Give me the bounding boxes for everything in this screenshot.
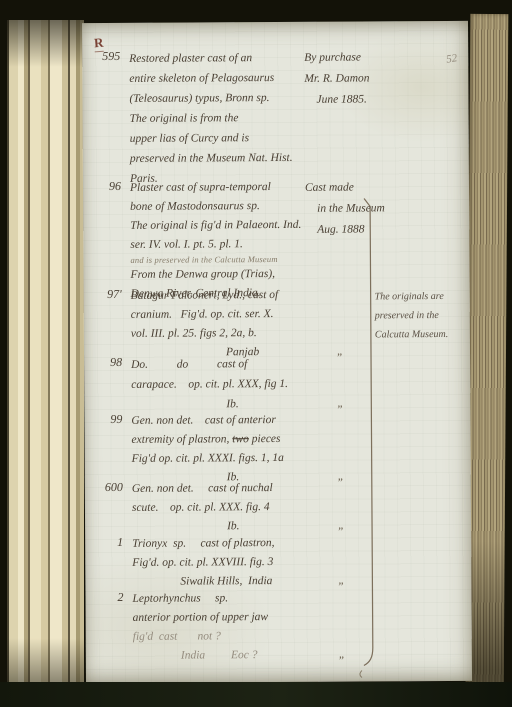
- text-segment: Batagur Falconeri, Lyd., cast of: [131, 289, 279, 302]
- entry-line: fig'd cast not ?: [133, 626, 464, 647]
- acquisition-line: June 1885.: [316, 89, 444, 111]
- entry-line: Do. do cast of: [131, 353, 462, 375]
- acquisition-line: Cast made: [305, 177, 445, 199]
- entry-line: Fig'd. op. cit. pl. XXVIII. fig. 3: [132, 552, 463, 573]
- entry-description: Leptorhynchus sp.anterior portion of upp…: [132, 588, 463, 666]
- text-segment: Gen. non det. cast of anterior: [131, 414, 275, 427]
- entry-number: 595: [88, 49, 120, 64]
- acquisition-line: Mr. R. Damon: [304, 68, 444, 90]
- text-segment: The original is from the: [130, 112, 239, 125]
- entry-description: Gen. non det. cast of anteriorextremity …: [131, 410, 462, 488]
- text-segment: From the Denwa group (Trias),: [130, 268, 275, 281]
- acquisition-line: By purchase: [304, 47, 444, 69]
- book-fore-edge: [466, 14, 509, 690]
- entry-line: scute. op. cit. pl. XXX. fig. 4: [132, 497, 463, 518]
- text-segment: Plaster cast of supra-temporal: [130, 181, 271, 194]
- entry-line: extremity of plastron, two pieces: [131, 429, 462, 450]
- acquisition-line: in the Museum: [317, 198, 445, 220]
- entry-line: Leptorhynchus sp.: [132, 588, 463, 609]
- text-segment: cranium. Fig'd. op. cit. ser. X.: [131, 308, 274, 321]
- text-segment: fig'd cast not ?: [133, 630, 221, 643]
- register-entry: 600Gen. non det. cast of nuchalscute. op…: [91, 478, 463, 537]
- margin-note-line: preserved in the: [375, 306, 470, 326]
- text-segment: Restored plaster cast of an: [129, 52, 252, 65]
- entry-description: Do. do cast ofcarapace. op. cit. pl. XXX…: [131, 353, 462, 415]
- entry-line: Gen. non det. cast of nuchal: [132, 478, 463, 499]
- text-segment: and is preserved in the Calcutta Museum: [130, 254, 277, 265]
- text-segment: pieces: [249, 433, 281, 445]
- entry-description: Gen. non det. cast of nuchalscute. op. c…: [132, 478, 463, 537]
- margin-note: The originals arepreserved in theCalcutt…: [375, 287, 470, 345]
- text-segment: upper lias of Curcy and is: [130, 132, 249, 145]
- text-segment: (Teleosaurus) typus, Bronn sp.: [129, 92, 269, 105]
- entry-number: 99: [90, 412, 122, 427]
- entry-number: 2: [91, 590, 123, 605]
- entry-number: 98: [90, 355, 122, 370]
- text-segment: Leptorhynchus sp.: [132, 592, 228, 605]
- entries-layer: 595Restored plaster cast of anentire ske…: [82, 21, 472, 683]
- text-segment: ser. IV. vol. I. pt. 5. pl. 1.: [130, 238, 243, 251]
- ditto-mark: „: [339, 646, 346, 665]
- margin-note-line: Calcutta Museum.: [375, 325, 470, 345]
- entry-number: 96: [89, 179, 121, 194]
- entry-number: 1: [91, 535, 123, 550]
- register-entry: 98Do. do cast ofcarapace. op. cit. pl. X…: [90, 353, 462, 415]
- text-segment: Trionyx sp. cast of plastron,: [132, 537, 274, 550]
- entry-line: carapace. op. cit. pl. XXX, fig 1.: [131, 373, 462, 395]
- text-segment: The original is fig'd in Palaeont. Ind.: [130, 219, 301, 232]
- text-segment: extremity of plastron,: [131, 433, 232, 446]
- entry-line: Fig'd op. cit. pl. XXXI. figs. 1, 1a: [132, 448, 463, 469]
- text-segment: bone of Mastodonsaurus sp.: [130, 200, 260, 213]
- text-segment: preserved in the Museum Nat. Hist.: [130, 152, 293, 165]
- entry-description: Trionyx sp. cast of plastron,Fig'd. op. …: [132, 533, 463, 592]
- register-entry: 2Leptorhynchus sp.anterior portion of up…: [91, 588, 463, 666]
- register-entry: 99Gen. non det. cast of anteriorextremit…: [90, 410, 462, 488]
- entry-number: 97': [90, 287, 122, 302]
- register-entry: 595Restored plaster cast of anentire ske…: [88, 47, 461, 189]
- text-segment: Do. do cast of: [131, 358, 247, 371]
- entry-line: upper lias of Curcy and is: [130, 127, 461, 149]
- text-segment: two: [232, 433, 249, 445]
- ledger-photo: R 52 595Restored plaster cast of anentir…: [0, 0, 512, 707]
- text-segment: anterior portion of upper jaw: [133, 611, 269, 624]
- entry-line: Gen. non det. cast of anterior: [131, 410, 462, 431]
- text-segment: scute. op. cit. pl. XXX. fig. 4: [132, 501, 270, 514]
- register-entry: 1Trionyx sp. cast of plastron,Fig'd. op.…: [91, 533, 463, 592]
- text-segment: vol. III. pl. 25. figs 2, 2a, b.: [131, 327, 257, 340]
- entry-line: preserved in the Museum Nat. Hist.: [130, 147, 461, 169]
- entry-line: India Eoc ?„: [133, 645, 464, 666]
- entry-line: Trionyx sp. cast of plastron,: [132, 533, 463, 554]
- text-segment: carapace. op. cit. pl. XXX, fig 1.: [131, 378, 288, 391]
- entry-line: anterior portion of upper jaw: [133, 607, 464, 628]
- acquisition-note: Cast madein the MuseumAug. 1888: [305, 177, 445, 241]
- text-segment: India Eoc ?: [181, 646, 258, 665]
- ledger-page: R 52 595Restored plaster cast of anentir…: [82, 21, 472, 683]
- photo-background-bottom: [0, 682, 512, 707]
- entry-line: From the Denwa group (Trias),: [130, 264, 461, 285]
- text-segment: Fig'd. op. cit. pl. XXVIII. fig. 3: [132, 556, 273, 569]
- text-segment: Fig'd op. cit. pl. XXXI. figs. 1, 1a: [132, 452, 284, 465]
- acquisition-note: By purchaseMr. R. DamonJune 1885.: [304, 47, 444, 111]
- margin-note-line: The originals are: [375, 287, 470, 307]
- text-segment: Gen. non det. cast of nuchal: [132, 482, 273, 495]
- acquisition-line: Aug. 1888: [317, 219, 445, 241]
- book-gutter-folds: [5, 20, 84, 692]
- text-segment: entire skeleton of Pelagosaurus: [129, 72, 274, 85]
- entry-number: 600: [91, 480, 123, 495]
